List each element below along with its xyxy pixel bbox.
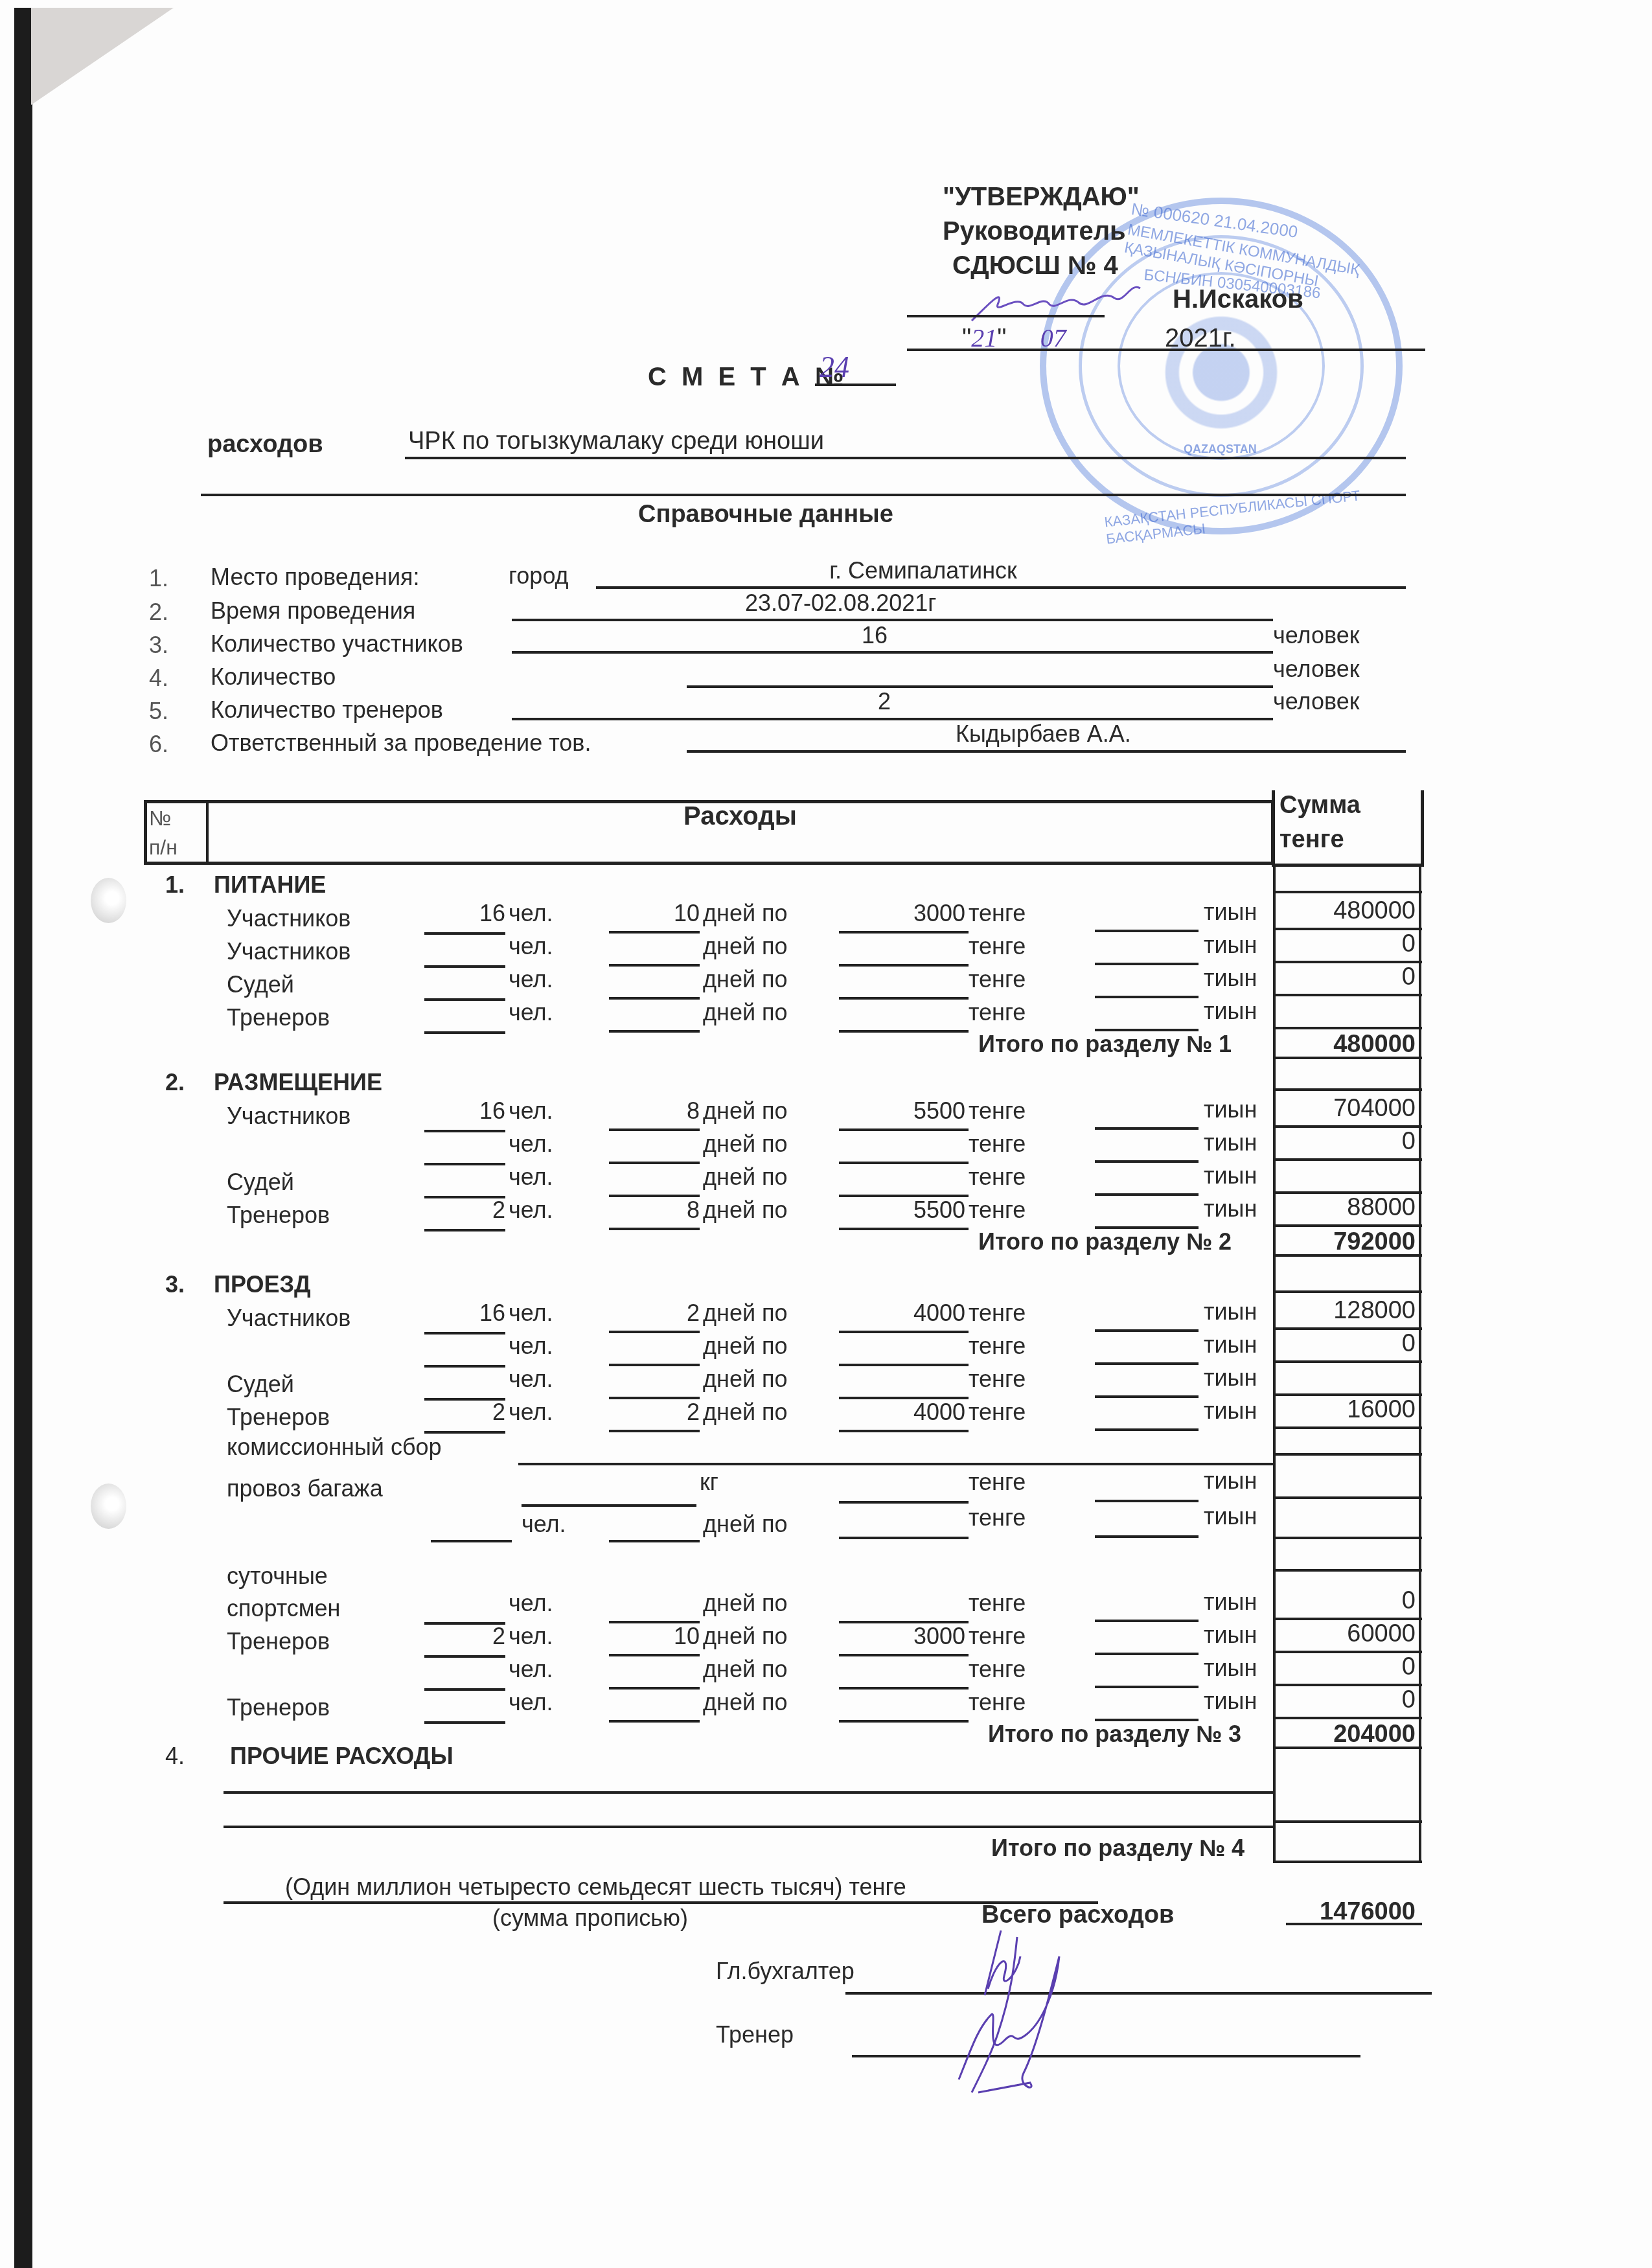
underline	[609, 1720, 700, 1723]
underline	[609, 964, 700, 967]
underline	[609, 1654, 700, 1656]
section-title: ПРОЧИЕ РАСХОДЫ	[230, 1743, 453, 1770]
underline	[839, 931, 969, 934]
underline	[839, 1720, 969, 1723]
unit-tenge: тенге	[969, 1689, 1026, 1716]
unit-people: чел.	[522, 1511, 566, 1538]
unit-people: чел.	[509, 1590, 553, 1617]
underline	[1095, 930, 1199, 932]
underline	[1273, 1158, 1422, 1161]
unit-days: дней по	[703, 900, 788, 927]
unit-days: дней по	[703, 1689, 788, 1716]
row-label: Участников	[227, 1305, 350, 1332]
unit-people: чел.	[509, 1130, 553, 1158]
unit-people: чел.	[509, 1689, 553, 1716]
underline	[1095, 1193, 1199, 1196]
unit-tiyn: тиын	[1204, 932, 1257, 959]
underline	[1095, 963, 1199, 965]
unit-tiyn: тиын	[1204, 1298, 1257, 1325]
underline	[518, 1463, 1273, 1465]
underline	[1273, 1747, 1422, 1749]
smeta-number: 24	[820, 350, 849, 384]
underline	[1273, 1088, 1422, 1091]
underline	[1095, 1395, 1199, 1398]
underline	[1095, 1428, 1199, 1431]
rate-value: 5500	[842, 1197, 965, 1224]
unit-tiyn: тиын	[1204, 1331, 1257, 1358]
underline	[1095, 1329, 1199, 1332]
rate-value: 3000	[842, 900, 965, 927]
underline	[1273, 1254, 1422, 1257]
underline	[1273, 1453, 1422, 1456]
underline	[1095, 1686, 1199, 1688]
section-number: 1.	[165, 871, 185, 899]
row-sum: 16000	[1276, 1396, 1416, 1424]
underline	[424, 1332, 505, 1334]
underline	[609, 1430, 700, 1432]
unit-tenge: тенге	[969, 900, 1026, 927]
section-number: 3.	[165, 1271, 185, 1298]
underline	[609, 1331, 700, 1333]
unit-days: дней по	[703, 933, 788, 960]
unit-tenge: тенге	[969, 1623, 1026, 1650]
unit-kg: кг	[700, 1469, 718, 1496]
underline	[839, 1430, 969, 1432]
row-sum: 0	[1276, 1330, 1416, 1358]
underline	[424, 965, 505, 968]
unit-days: дней по	[703, 1097, 788, 1125]
unit-days: дней по	[703, 1656, 788, 1683]
ref-coaches: 2	[878, 688, 891, 715]
unit-tiyn: тиын	[1204, 1655, 1257, 1682]
unit-tiyn: тиын	[1204, 1688, 1257, 1715]
section-total-label: Итого по разделу № 2	[978, 1228, 1232, 1255]
row-label: Тренеров	[227, 1628, 330, 1655]
unit-people: чел.	[509, 1333, 553, 1360]
daily-label: суточные	[227, 1563, 328, 1590]
accountant-label: Гл.бухгалтер	[716, 1958, 855, 1985]
unit-tenge: тенге	[969, 1399, 1026, 1426]
row-label: Тренеров	[227, 1202, 330, 1229]
unit-days: дней по	[703, 1333, 788, 1360]
section-number: 2.	[165, 1069, 185, 1096]
days-count: 2	[583, 1300, 700, 1327]
unit-people: чел.	[509, 966, 553, 993]
underline	[1273, 1537, 1422, 1539]
unit-tenge: тенге	[969, 1366, 1026, 1393]
underline	[839, 997, 969, 1000]
section-total-value: 792000	[1276, 1228, 1416, 1256]
section-total-value: 204000	[1276, 1721, 1416, 1748]
row-label: Тренеров	[227, 1004, 330, 1031]
unit-tenge: тенге	[969, 1504, 1026, 1531]
underline	[1273, 1360, 1422, 1363]
section-total-label: Итого по разделу № 3	[988, 1721, 1241, 1748]
commission-label: комиссионный сбор	[227, 1434, 442, 1461]
unit-tiyn: тиын	[1204, 899, 1257, 926]
underline	[609, 997, 700, 1000]
unit-tiyn: тиын	[1204, 1096, 1257, 1123]
unit-tenge: тенге	[969, 1163, 1026, 1191]
unit-tiyn: тиын	[1204, 1588, 1257, 1616]
underline	[1273, 1717, 1422, 1719]
expense-label: расходов	[207, 431, 323, 459]
underline	[839, 1654, 969, 1656]
underline	[609, 1030, 700, 1033]
row-label: Тренеров	[227, 1404, 330, 1431]
people-count: 16	[415, 1300, 505, 1327]
underline	[424, 1688, 505, 1691]
approval-name: Н.Искаков	[1173, 285, 1303, 314]
row-label: Судей	[227, 1371, 294, 1398]
days-count: 10	[583, 900, 700, 927]
row-sum: 128000	[1276, 1297, 1416, 1325]
underline	[1273, 1496, 1422, 1499]
ref-dates: 23.07-02.08.2021г	[745, 590, 936, 617]
section-total-label: Итого по разделу № 4	[991, 1835, 1245, 1862]
days-count: 10	[583, 1623, 700, 1650]
unit-tiyn: тиын	[1204, 1397, 1257, 1425]
unit-people: чел.	[509, 900, 553, 927]
underline	[609, 1128, 700, 1131]
unit-tenge: тенге	[969, 1590, 1026, 1617]
underline	[839, 1364, 969, 1366]
people-count: 16	[415, 900, 505, 927]
unit-tenge: тенге	[969, 999, 1026, 1026]
unit-days: дней по	[703, 1399, 788, 1426]
row-label: Судей	[227, 971, 294, 998]
reference-title: Справочные данные	[638, 501, 893, 529]
underline	[839, 1228, 969, 1230]
underline	[839, 1331, 969, 1333]
section-total-value: 480000	[1276, 1031, 1416, 1059]
unit-people: чел.	[509, 1197, 553, 1224]
row-label: спортсмен	[227, 1595, 340, 1622]
unit-tiyn: тиын	[1204, 1195, 1257, 1222]
row-label: Тренеров	[227, 1694, 330, 1721]
people-count: 16	[415, 1097, 505, 1125]
days-count: 8	[583, 1197, 700, 1224]
underline	[1095, 1160, 1199, 1163]
ref-responsible: Кыдырбаев А.А.	[956, 720, 1131, 748]
row-sum: 0	[1276, 1587, 1416, 1615]
unit-tenge: тенге	[969, 1333, 1026, 1360]
underline	[1273, 891, 1422, 893]
underline	[424, 1721, 505, 1724]
unit-people: чел.	[509, 1163, 553, 1191]
underline	[424, 932, 505, 935]
underline	[839, 1128, 969, 1131]
row-label: Участников	[227, 938, 350, 965]
grand-total-value: 1476000	[1276, 1898, 1416, 1926]
underline	[1095, 1653, 1199, 1655]
unit-tenge: тенге	[969, 1469, 1026, 1496]
underline	[1095, 1535, 1199, 1538]
underline	[1273, 1426, 1422, 1429]
underline	[1095, 1620, 1199, 1622]
ref-participants: 16	[862, 622, 888, 649]
underline	[424, 1130, 505, 1132]
underline	[609, 1364, 700, 1366]
underline	[424, 1655, 505, 1658]
smeta-title: С М Е Т А №	[648, 363, 847, 392]
underline	[424, 998, 505, 1001]
unit-days: дней по	[703, 999, 788, 1026]
underline	[424, 1229, 505, 1231]
expenses-header: Расходы	[683, 802, 797, 831]
row-sum: 0	[1276, 963, 1416, 991]
underline	[1273, 1057, 1422, 1059]
underline	[1273, 1569, 1422, 1572]
row-sum: 88000	[1276, 1194, 1416, 1222]
punch-hole	[91, 878, 126, 923]
row-sum: 704000	[1276, 1095, 1416, 1123]
underline	[1095, 1362, 1199, 1365]
unit-days: дней по	[703, 1511, 788, 1538]
underline	[839, 1030, 969, 1033]
unit-days: дней по	[703, 1366, 788, 1393]
unit-tenge: тенге	[969, 1656, 1026, 1683]
accountant-signature	[920, 1918, 1140, 2099]
underline	[1273, 1290, 1422, 1293]
unit-tenge: тенге	[969, 1197, 1026, 1224]
underline	[1095, 1500, 1199, 1502]
official-stamp: № 000620 21.04.2000 МЕМЛЕКЕТТІК КОММУНАЛ…	[1040, 198, 1403, 534]
underline	[1095, 1127, 1199, 1130]
unit-days: дней по	[703, 1590, 788, 1617]
underline	[431, 1540, 512, 1542]
unit-tiyn: тиын	[1204, 1364, 1257, 1392]
unit-tiyn: тиын	[1204, 1621, 1257, 1649]
underline	[839, 1162, 969, 1164]
expense-description: ЧРК по тогызкумалаку среди юноши	[408, 428, 824, 455]
underline	[1273, 1224, 1422, 1227]
section-total-label: Итого по разделу № 1	[978, 1031, 1232, 1058]
unit-people: чел.	[509, 1366, 553, 1393]
people-count: 2	[415, 1623, 505, 1650]
row-sum: 0	[1276, 1128, 1416, 1156]
underline	[522, 1504, 696, 1507]
unit-days: дней по	[703, 1623, 788, 1650]
unit-tiyn: тиын	[1204, 965, 1257, 992]
total-in-words: (Один миллион четыресто семьдесят шесть …	[285, 1873, 906, 1901]
days-count: 2	[583, 1399, 700, 1426]
unit-people: чел.	[509, 1399, 553, 1426]
row-sum: 0	[1276, 930, 1416, 958]
unit-tiyn: тиын	[1204, 1503, 1257, 1530]
unit-tenge: тенге	[969, 1097, 1026, 1125]
approval-title: "УТВЕРЖДАЮ"	[943, 183, 1140, 212]
unit-days: дней по	[703, 1300, 788, 1327]
row-label: Судей	[227, 1169, 294, 1196]
row-label: Участников	[227, 1103, 350, 1130]
underline	[609, 931, 700, 934]
days-count: 8	[583, 1097, 700, 1125]
unit-days: дней по	[703, 1130, 788, 1158]
punch-hole	[91, 1483, 126, 1529]
unit-tiyn: тиын	[1204, 1129, 1257, 1156]
unit-tenge: тенге	[969, 1300, 1026, 1327]
total-words-caption: (сумма прописью)	[492, 1905, 688, 1932]
underline	[424, 1031, 505, 1034]
scan-edge	[14, 8, 32, 2268]
row-label: Участников	[227, 905, 350, 932]
director-signature	[965, 275, 1147, 327]
ref-city: г. Семипалатинск	[777, 557, 1069, 584]
underline	[839, 964, 969, 967]
underline	[839, 1687, 969, 1690]
unit-days: дней по	[703, 1163, 788, 1191]
row-sum: 0	[1276, 1653, 1416, 1681]
rate-value: 5500	[842, 1097, 965, 1125]
unit-people: чел.	[509, 1300, 553, 1327]
section-title: ПРОЕЗД	[214, 1271, 311, 1298]
underline	[424, 1163, 505, 1165]
folded-corner	[31, 8, 174, 105]
underline	[1273, 994, 1422, 996]
underline	[609, 1162, 700, 1164]
underline	[609, 1687, 700, 1690]
underline	[839, 1537, 969, 1539]
section-title: РАЗМЕЩЕНИЕ	[214, 1069, 382, 1096]
row-sum: 0	[1276, 1686, 1416, 1714]
row-sum: 60000	[1276, 1620, 1416, 1648]
row-sum: 480000	[1276, 897, 1416, 925]
underline	[1273, 1027, 1422, 1029]
unit-tiyn: тиын	[1204, 1467, 1257, 1495]
baggage-label: провоз багажа	[227, 1475, 383, 1502]
unit-days: дней по	[703, 966, 788, 993]
people-count: 2	[415, 1399, 505, 1426]
unit-tenge: тенге	[969, 933, 1026, 960]
section-title: ПИТАНИЕ	[214, 871, 326, 899]
unit-people: чел.	[509, 1097, 553, 1125]
unit-days: дней по	[703, 1197, 788, 1224]
underline	[1095, 996, 1199, 998]
unit-tiyn: тиын	[1204, 998, 1257, 1025]
underline	[839, 1501, 969, 1504]
rate-value: 4000	[842, 1300, 965, 1327]
rate-value: 4000	[842, 1399, 965, 1426]
unit-tiyn: тиын	[1204, 1162, 1257, 1189]
unit-tenge: тенге	[969, 966, 1026, 993]
rate-value: 3000	[842, 1623, 965, 1650]
people-count: 2	[415, 1197, 505, 1224]
unit-people: чел.	[509, 933, 553, 960]
unit-people: чел.	[509, 1623, 553, 1650]
unit-people: чел.	[509, 1656, 553, 1683]
unit-people: чел.	[509, 999, 553, 1026]
approval-position: Руководитель	[943, 217, 1126, 246]
underline	[424, 1365, 505, 1368]
underline	[609, 1540, 700, 1542]
underline	[609, 1228, 700, 1230]
unit-tenge: тенге	[969, 1130, 1026, 1158]
coach-label: Тренер	[716, 2021, 794, 2048]
